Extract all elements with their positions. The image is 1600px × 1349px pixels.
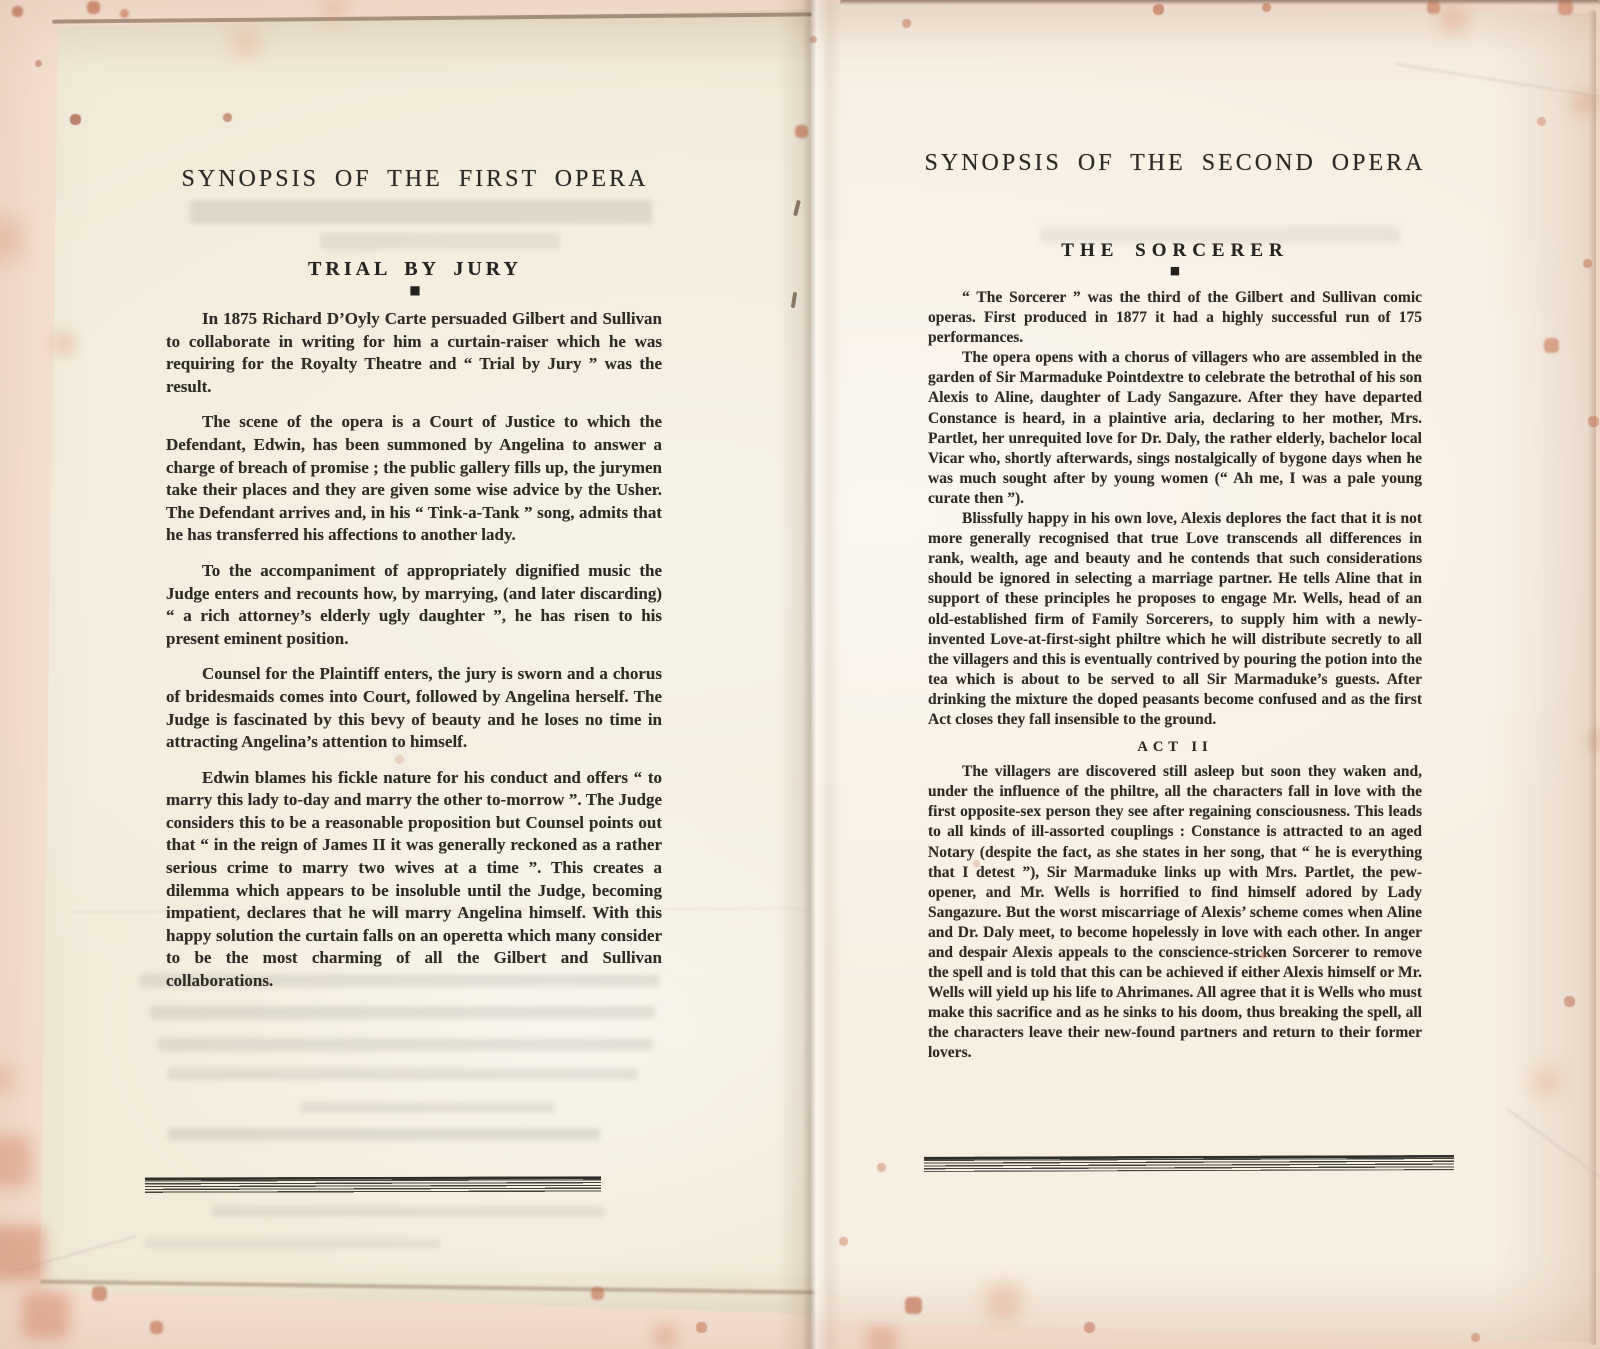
left-page-body: In 1875 Richard D’Oyly Carte persuaded G… (166, 308, 662, 1006)
act-ii-heading: ACT II (928, 737, 1422, 757)
bleedthrough-line-3 (158, 1038, 653, 1051)
bleedthrough-line-4 (168, 1068, 638, 1080)
right-page-title: SYNOPSIS OF THE SECOND OPERA (905, 150, 1445, 177)
bleedthrough-heading-left-2 (320, 233, 560, 250)
left-opera-title: TRIAL BY JURY (150, 258, 680, 281)
paragraph: The scene of the opera is a Court of Jus… (166, 411, 662, 547)
bleedthrough-line-6 (168, 1128, 600, 1140)
paragraph: Edwin blames his fickle nature for his c… (166, 767, 662, 993)
right-page-end-rule (924, 1155, 1454, 1172)
left-section-divider-square: ■ (150, 283, 680, 297)
foxing-stains-large (0, 0, 3, 3)
paragraph: “ The Sorcerer ” was the third of the Gi… (928, 288, 1422, 348)
paragraph: Counsel for the Plaintiff enters, the ju… (166, 663, 662, 753)
right-section-divider-square: ■ (905, 264, 1445, 277)
bleedthrough-line-7 (212, 1206, 604, 1217)
photo-top-edge (840, 0, 1600, 5)
programme-spread-photo: SYNOPSIS OF THE FIRST OPERA TRIAL BY JUR… (0, 0, 1600, 1349)
binding-gutter-shadow (778, 0, 842, 1349)
bleedthrough-heading-left (190, 200, 652, 224)
paragraph: The villagers are discovered still aslee… (928, 762, 1422, 1063)
left-page-end-rule (145, 1176, 601, 1193)
right-page-fore-edge (1588, 10, 1596, 1345)
paragraph: To the accompaniment of appropriately di… (166, 560, 662, 650)
right-opera-title: THE SORCERER (905, 240, 1445, 262)
paragraph: The opera opens with a chorus of village… (928, 348, 1422, 509)
right-page-body: “ The Sorcerer ” was the third of the Gi… (928, 288, 1422, 1064)
left-page-title: SYNOPSIS OF THE FIRST OPERA (150, 166, 680, 193)
bleedthrough-line-5 (300, 1102, 555, 1113)
paragraph: Blissfully happy in his own love, Alexis… (928, 509, 1422, 730)
paragraph: In 1875 Richard D’Oyly Carte persuaded G… (166, 308, 662, 398)
bleedthrough-line-8 (145, 1238, 440, 1249)
bleedthrough-line-2 (150, 1006, 655, 1019)
